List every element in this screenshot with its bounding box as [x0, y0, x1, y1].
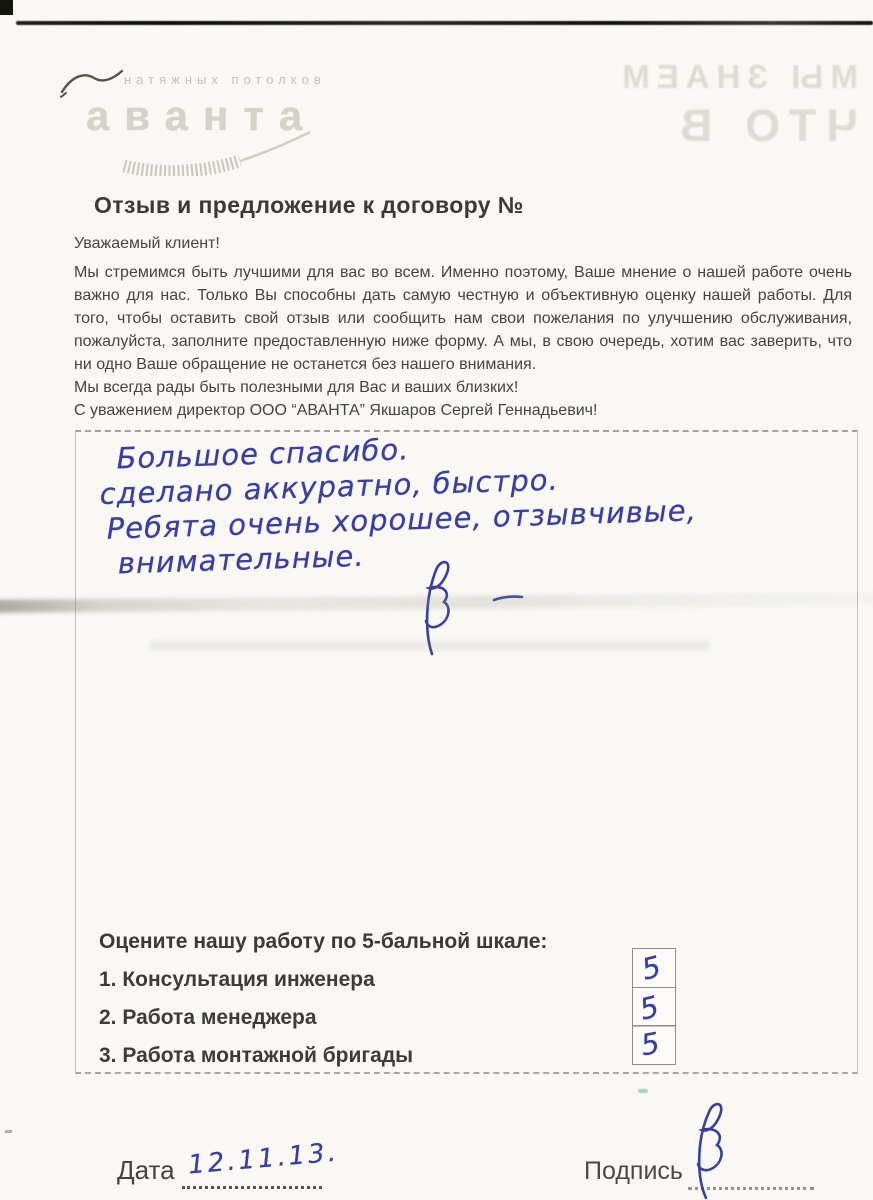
rating-item-label: 1. Консультация инженера	[99, 968, 375, 992]
rating-heading: Оцените нашу работу по 5-бальной шкале:	[99, 930, 547, 954]
score-box: 5	[632, 987, 676, 1027]
scan-corner-artifact	[0, 0, 13, 15]
scan-edge-line	[16, 21, 873, 25]
score-value: 5	[638, 1026, 662, 1063]
date-underline	[182, 1162, 322, 1189]
director-line: С уважением директор ООО “АВАНТА” Якшаро…	[74, 399, 852, 422]
bleed-through-text: МЫ ЗНАЕМ ЧТО В	[438, 58, 858, 152]
score-column: 5 5 5	[632, 948, 676, 1065]
scanned-feedback-form: натяжных потолков аванта МЫ ЗНАЕМ ЧТО В …	[0, 0, 873, 1200]
smudge-artifact	[150, 641, 710, 650]
scan-speck-artifact	[5, 1130, 12, 1133]
rating-item-label: 3. Работа монтажной бригады	[99, 1044, 413, 1068]
score-box: 5	[632, 1025, 676, 1065]
date-label: Дата	[117, 1155, 175, 1186]
score-value: 5	[638, 949, 664, 986]
greeting: Уважаемый клиент!	[74, 235, 220, 253]
letterhead-tagline: натяжных потолков	[124, 72, 326, 87]
closing-line: Мы всегда рады быть полезными для Вас и …	[74, 376, 852, 399]
score-box: 5	[632, 948, 676, 988]
intro-text: Мы стремимся быть лучшими для вас во все…	[74, 261, 852, 422]
rating-item-label: 2. Работа менеджера	[99, 1006, 317, 1030]
score-value: 5	[636, 989, 662, 1026]
bleed-line: ЧТО В	[438, 100, 858, 152]
bleed-line: МЫ ЗНАЕМ	[438, 58, 858, 96]
page-title: Отзыв и предложение к договору №	[94, 192, 524, 219]
handwritten-review: Большое спасибо. сделано аккуратно, быст…	[98, 423, 698, 582]
letterhead-wave-icon	[118, 128, 323, 176]
signature-stroke-icon	[666, 1098, 766, 1200]
intro-paragraph: Мы стремимся быть лучшими для вас во все…	[74, 261, 852, 376]
ink-speck-artifact	[638, 1089, 648, 1093]
